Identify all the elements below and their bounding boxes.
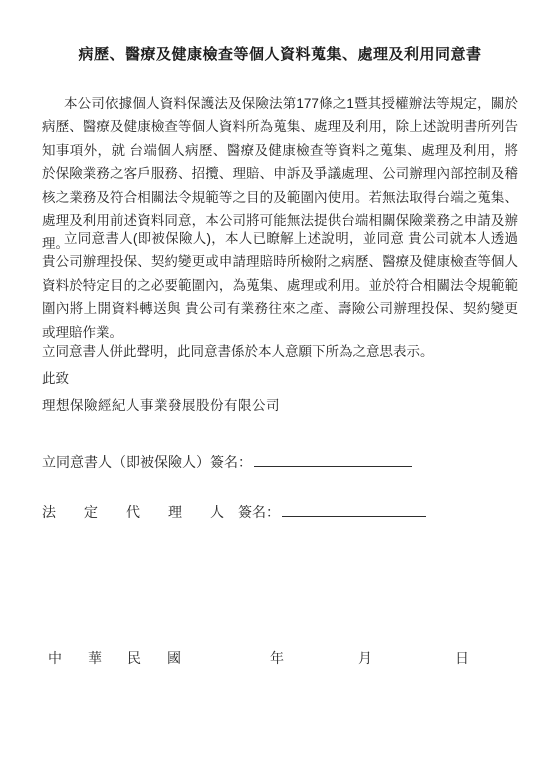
legal-rep-signature-field[interactable] [282,500,426,517]
roc-date-char-guo: 國 [167,648,181,668]
paragraph-declaration: 立同意書人併此聲明，此同意書係於本人意願下所為之意思表示。 [42,340,518,363]
roc-date-char-hua: 華 [88,648,102,668]
consent-form-page: 病歷、醫療及健康檢查等個人資料蒐集、處理及利用同意書 本公司依據個人資料保護法及… [0,0,550,777]
roc-date-line: 中 華 民 國 年 月 日 [0,648,550,666]
roc-date-char-zhong: 中 [48,648,62,668]
day-label: 日 [455,648,469,668]
roc-date-char-min: 民 [127,648,141,668]
legal-rep-signature-label: 法 定 代 理 人 簽名： [42,501,280,523]
paragraph-consent: 立同意書人(即被保險人)，本人已瞭解上述說明，並同意 貴公司就本人透過 貴公司辦… [42,227,518,344]
insured-signature-field[interactable] [254,450,412,467]
month-label: 月 [358,648,372,668]
year-label: 年 [270,648,284,668]
recipient-company-name: 理想保險經紀人事業發展股份有限公司 [42,394,280,417]
insured-signature-label: 立同意書人（即被保險人）簽名： [42,451,252,473]
salutation-cizhi: 此致 [42,367,69,390]
insured-signature-row: 立同意書人（即被保險人）簽名： [42,450,412,473]
legal-rep-signature-row: 法 定 代 理 人 簽名： [42,500,426,523]
document-title: 病歷、醫療及健康檢查等個人資料蒐集、處理及利用同意書 [42,43,518,64]
